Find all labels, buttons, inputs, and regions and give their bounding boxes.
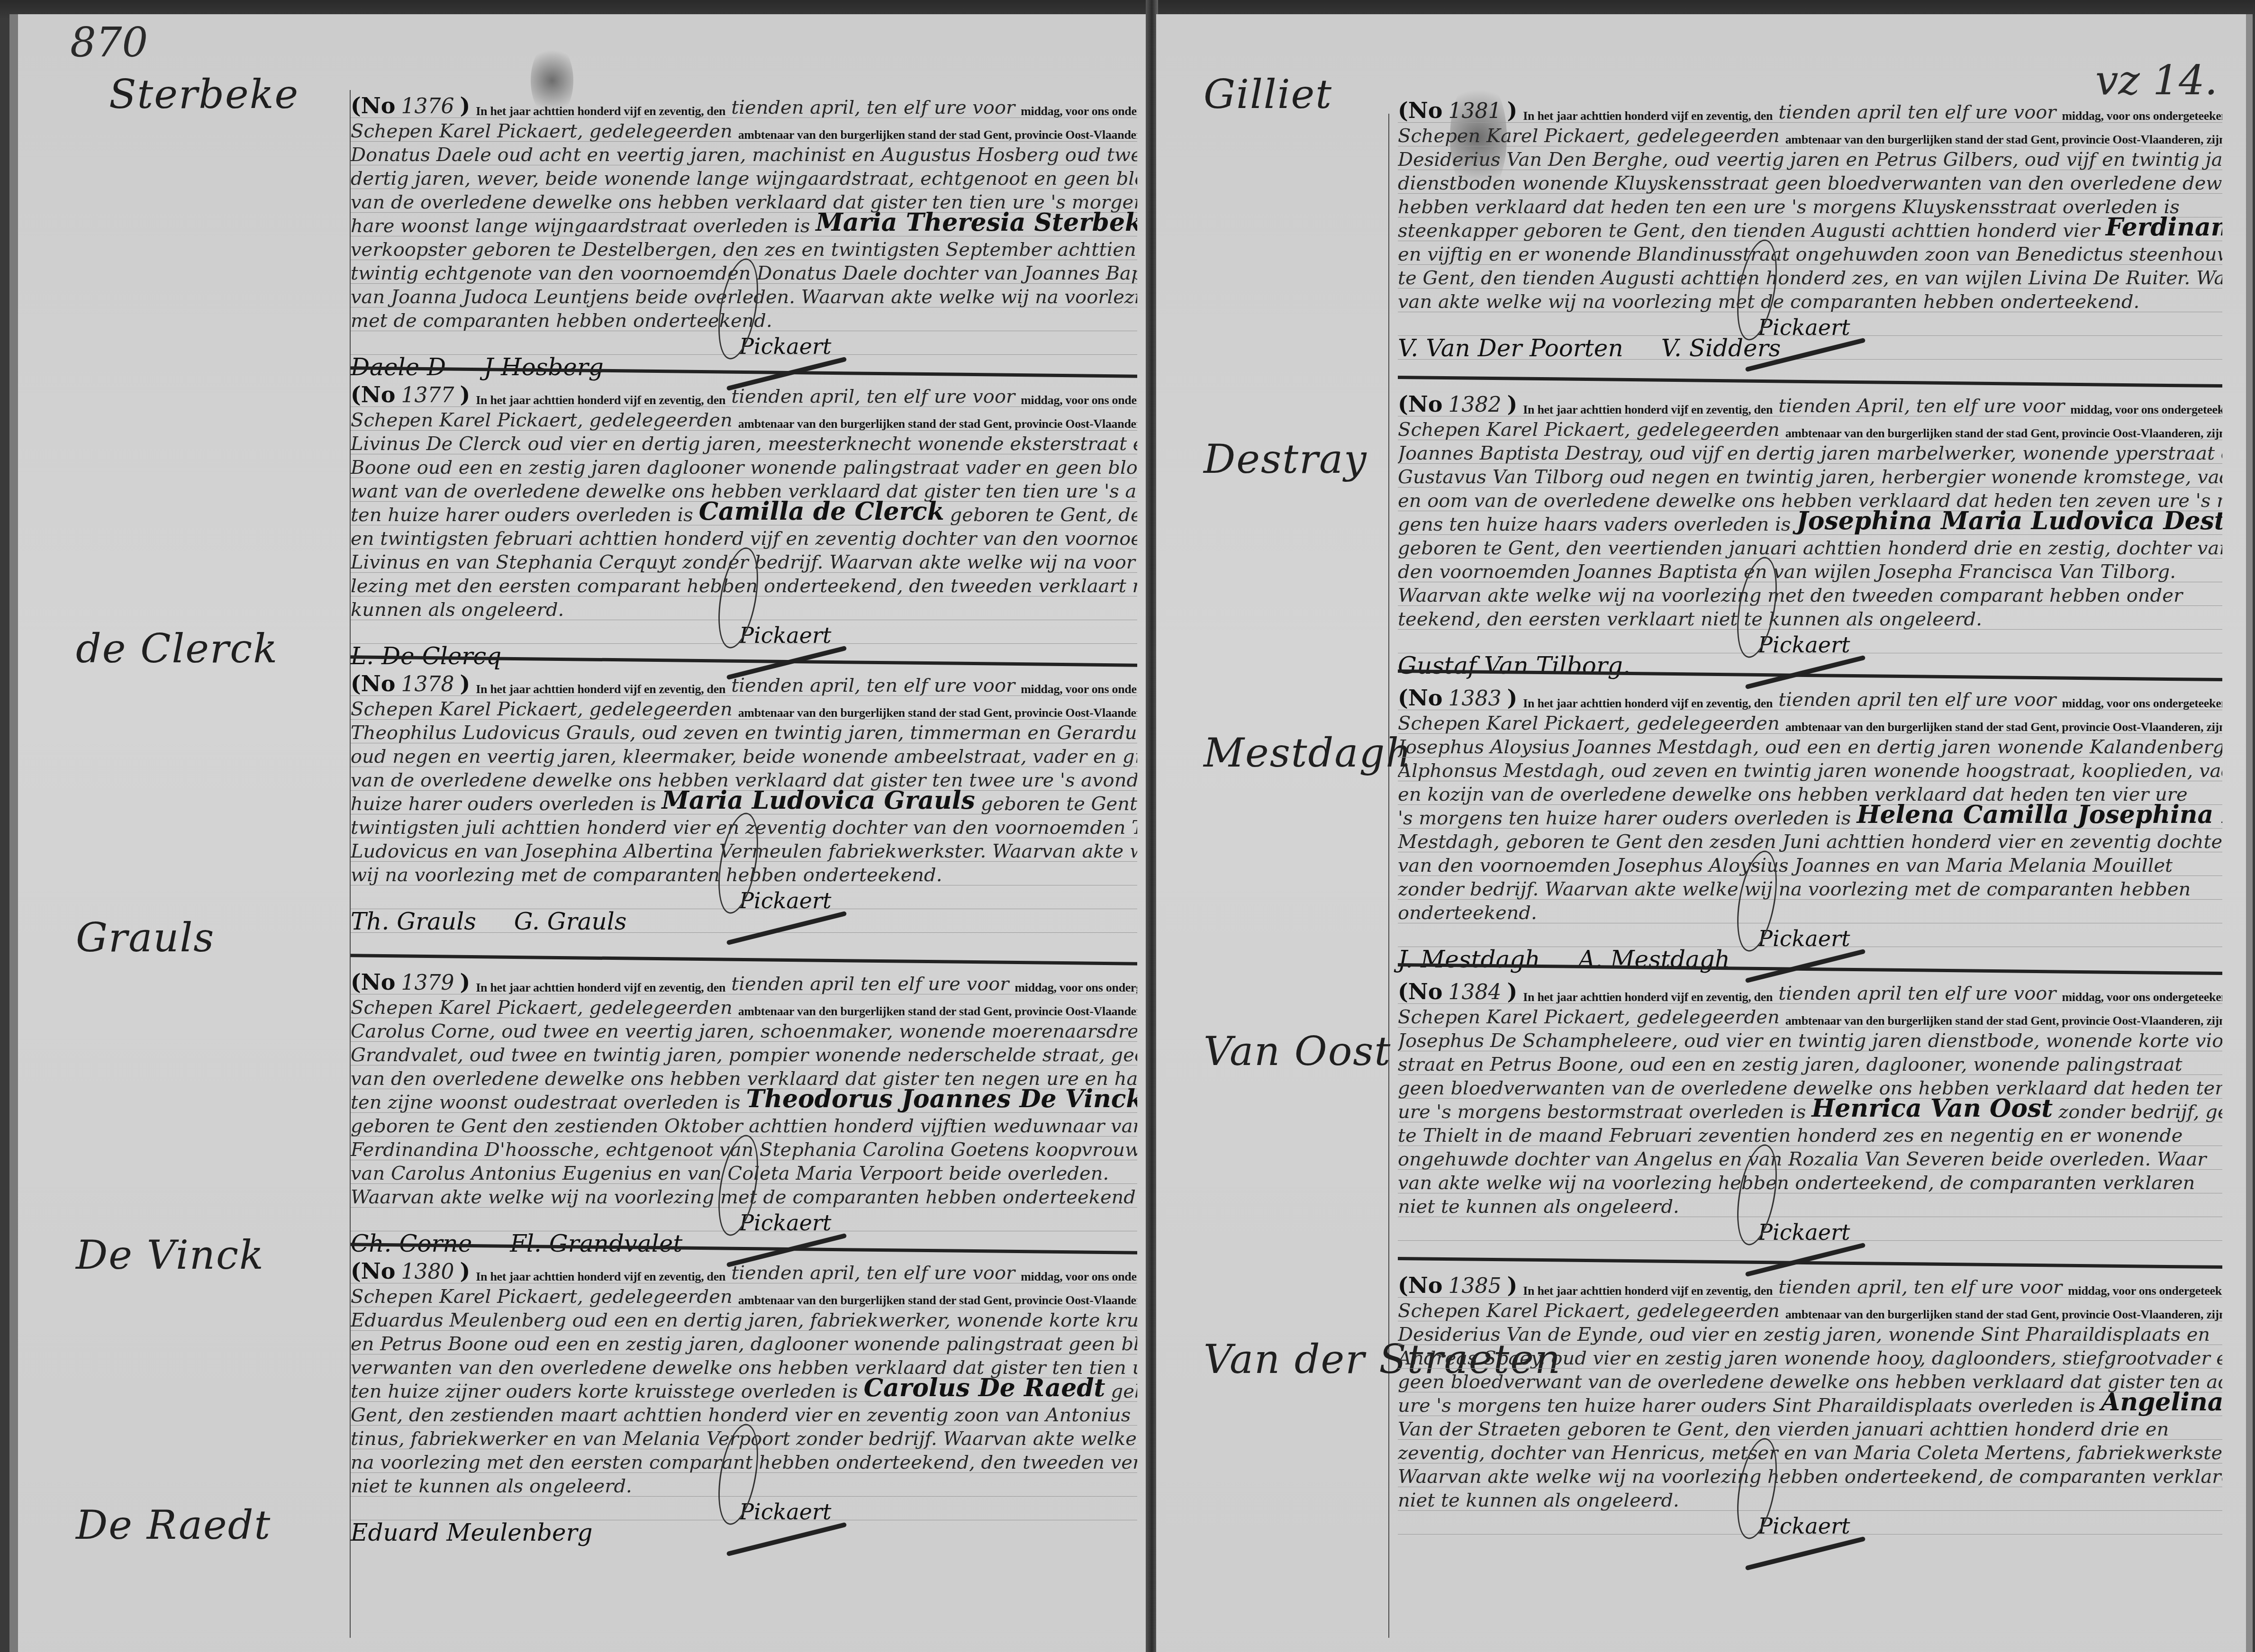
official-signature: Pickaert: [739, 1499, 831, 1525]
entry-number: 1379: [401, 971, 454, 995]
entry-text-line: Grandvalet, oud twee en twintig jaren, p…: [351, 1039, 1137, 1066]
entry-no-close: ): [460, 671, 470, 696]
entry-text-line: ongehuwde dochter van Angelus en van Roz…: [1398, 1144, 2222, 1170]
entry-text-line: Theophilus Ludovicus Grauls, oud zeven e…: [351, 717, 1137, 744]
witness-signature: Fl. Grandvalet: [510, 1230, 682, 1257]
entry-header-line: (No1383)In het jaar achttien honderd vij…: [1398, 684, 2222, 711]
entry-no-close: ): [460, 93, 470, 118]
entry-text-line: den voornoemden Joannes Baptista en van …: [1398, 556, 2222, 583]
deceased-name: Maria Ludovica Grauls: [662, 788, 975, 815]
entry-no-label: (No: [1398, 685, 1443, 711]
entry-no-close: ): [1507, 1273, 1517, 1298]
entry-text-line: geen bloedverwanten van de overledene de…: [1398, 1073, 2222, 1099]
death-record-entry: (No1377)In het jaar achttien honderd vij…: [351, 379, 1137, 663]
entry-no-label: (No: [351, 382, 396, 407]
entry-official-line: Schepen Karel Pickaert, gedelegeerdenamb…: [351, 116, 1137, 142]
handwritten-text: niet te kunnen als ongeleerd.: [1398, 1196, 1679, 1218]
entry-text-line: dertig jaren, wever, beide wonende lange…: [351, 163, 1137, 190]
entry-header-line: (No1380)In het jaar achttien honderd vij…: [351, 1257, 1137, 1284]
handwritten-text: wij na voorlezing met de comparanten heb…: [351, 864, 942, 886]
entry-text-line: ten huize harer ouders overleden isCamil…: [351, 499, 1137, 526]
handwritten-text: niet te kunnen als ongeleerd.: [351, 1475, 632, 1497]
entry-text-line: hare woonst lange wijngaardstraat overle…: [351, 210, 1137, 237]
entry-text-line: ten zijne woonst oudestraat overleden is…: [351, 1087, 1137, 1113]
death-record-entry: (No1385)In het jaar achttien honderd vij…: [1398, 1270, 2222, 1559]
entry-text-line: Desiderius Van de Eynde, oud vier en zes…: [1398, 1319, 2222, 1345]
official-signature: Pickaert: [739, 888, 831, 913]
handwritten-text: met de comparanten hebben onderteekend.: [351, 310, 772, 332]
entry-official-line: Schepen Karel Pickaert, gedelegeerdenamb…: [1398, 414, 2222, 441]
handwritten-text: kunnen als ongeleerd.: [351, 599, 564, 621]
entry-text-line: te Thielt in de maand Februari zeventien…: [1398, 1120, 2222, 1146]
entry-text-line: ure 's morgens bestormstraat overleden i…: [1398, 1096, 2222, 1123]
witness-signature: J. Mestdagh: [1398, 946, 1540, 973]
deceased-name: Camilla de Clerck: [699, 499, 944, 526]
entry-no-close: ): [1507, 979, 1517, 1004]
entry-text-line: onderteekend.: [1398, 897, 2222, 924]
entry-text-line: verkoopster geboren te Destelbergen, den…: [351, 234, 1137, 261]
entry-text-line: ten huize zijner ouders korte kruisstege…: [351, 1376, 1137, 1402]
entry-text-line: van de overledene dewelke ons hebben ver…: [351, 765, 1137, 791]
entry-number: 1376: [401, 94, 454, 118]
entry-official-line: Schepen Karel Pickaert, gedelegeerdenamb…: [351, 405, 1137, 431]
entry-text-line: want van de overledene dewelke ons hebbe…: [351, 476, 1137, 502]
entry-official-line: Schepen Karel Pickaert, gedelegeerdenamb…: [1398, 1002, 2222, 1028]
deceased-name: Theodorus Joannes De Vinck: [746, 1087, 1137, 1113]
official-signature: Pickaert: [739, 623, 831, 648]
entry-text-line: Waarvan akte welke wij na voorlezing heb…: [1398, 1461, 2222, 1488]
entry-no-label: (No: [351, 1258, 396, 1284]
official-signature: Pickaert: [1758, 315, 1850, 340]
entry-no-label: (No: [351, 671, 396, 696]
entry-text-line: Donatus Daele oud acht en veertig jaren,…: [351, 139, 1137, 166]
folio-mark-left: 870: [70, 19, 148, 66]
entry-text-line: te Gent, den tienden Augusti achttien ho…: [1398, 262, 2222, 289]
entry-no-label: (No: [1398, 979, 1443, 1004]
entry-number: 1384: [1449, 980, 1502, 1004]
entry-text-line: en Petrus Boone oud een en zestig jaren,…: [351, 1328, 1137, 1355]
death-record-entry: (No1376)In het jaar achttien honderd vij…: [351, 90, 1137, 374]
official-signature: Pickaert: [1758, 1219, 1850, 1245]
entry-header-line: (No1377)In het jaar achttien honderd vij…: [351, 381, 1137, 407]
entry-text-line: Joannes Baptista Destray, oud vijf en de…: [1398, 438, 2222, 464]
entry-no-label: (No: [351, 969, 396, 995]
deceased-name: Angelina: [2101, 1390, 2222, 1417]
entry-official-line: Schepen Karel Pickaert, gedelegeerdenamb…: [351, 992, 1137, 1019]
handwritten-text: teekend, den eersten verklaart niet te k…: [1398, 608, 1982, 630]
entry-text-line: ure 's morgens ten huize harer ouders Si…: [1398, 1390, 2222, 1417]
entry-text-line: Gent, den zestienden maart achttien hond…: [351, 1399, 1137, 1426]
death-record-entry: (No1383)In het jaar achttien honderd vij…: [1398, 682, 2222, 971]
entry-number: 1380: [401, 1260, 454, 1284]
entry-text-line: hebben verklaard dat heden ten een ure '…: [1398, 191, 2222, 218]
margin-surname: De Vinck: [76, 1232, 264, 1278]
entry-header-line: (No1382)In het jaar achttien honderd vij…: [1398, 390, 2222, 417]
entry-text-line: Alphonsus Mestdagh, oud zeven en twintig…: [1398, 755, 2222, 782]
margin-surname: Grauls: [76, 914, 215, 961]
entry-text-line: van den overledene dewelke ons hebben ve…: [351, 1063, 1137, 1090]
entry-number: 1385: [1449, 1274, 1502, 1298]
deceased-name: Maria Theresia Sterbeke: [815, 210, 1137, 237]
witness-signature: Eduard Meulenberg: [351, 1519, 593, 1546]
entry-number: 1383: [1449, 686, 1502, 711]
entry-text-line: Waarvan akte welke wij na voorlezing met…: [1398, 580, 2222, 606]
death-record-entry: (No1384)In het jaar achttien honderd vij…: [1398, 976, 2222, 1265]
margin-column-rule: [1388, 114, 1389, 1638]
entry-no-label: (No: [1398, 1273, 1443, 1298]
entry-header-line: (No1378)In het jaar achttien honderd vij…: [351, 670, 1137, 696]
entry-header-line: (No1381)In het jaar achttien honderd vij…: [1398, 97, 2222, 123]
death-record-entry: (No1380)In het jaar achttien honderd vij…: [351, 1255, 1137, 1540]
deceased-name: Josephina Maria Ludovica Destray: [1796, 509, 2222, 535]
entry-header-line: (No1379)In het jaar achttien honderd vij…: [351, 968, 1137, 995]
official-signature: Pickaert: [1758, 632, 1850, 658]
entry-text-line: van den voornoemden Josephus Aloysius Jo…: [1398, 850, 2222, 876]
deceased-name: Henrica Van Oost: [1811, 1096, 2053, 1123]
entry-text-line: geboren te Gent den zestienden Oktober a…: [351, 1110, 1137, 1137]
entry-text-line: verwanten van den overledene dewelke ons…: [351, 1352, 1137, 1379]
entry-number: 1381: [1449, 99, 1502, 123]
entry-text-line: geboren te Gent, den veertienden januari…: [1398, 533, 2222, 559]
entry-text-line: Josephus Aloysius Joannes Mestdagh, oud …: [1398, 731, 2222, 758]
entry-text-line: gens ten huize haars vaders overleden is…: [1398, 509, 2222, 535]
death-record-entry: (No1379)In het jaar achttien honderd vij…: [351, 966, 1137, 1251]
entry-text-line: Desiderius Van Den Berghe, oud veertig j…: [1398, 144, 2222, 171]
entry-text-line: Mestdagh, geboren te Gent den zesden Jun…: [1398, 826, 2222, 853]
entry-no-close: ): [460, 969, 470, 995]
entry-number: 1382: [1449, 393, 1502, 417]
witness-signature: V. Van Der Poorten: [1398, 334, 1623, 362]
entry-official-line: Schepen Karel Pickaert, gedelegeerdenamb…: [1398, 120, 2222, 147]
entry-text-line: 's morgens ten huize harer ouders overle…: [1398, 803, 2222, 829]
entry-no-label: (No: [1398, 391, 1443, 417]
entry-no-close: ): [1507, 685, 1517, 711]
witness-signature: Gustaf Van Tilborg.: [1398, 652, 1630, 679]
entry-official-line: Schepen Karel Pickaert, gedelegeerdenamb…: [1398, 708, 2222, 734]
margin-surname: Gilliet: [1204, 71, 1332, 117]
entry-no-close: ): [460, 1258, 470, 1284]
margin-surname: Mestdagh: [1204, 730, 1412, 776]
deceased-name: Helena Camilla Josephina Maria: [1857, 803, 2222, 829]
entry-text-line: dienstboden wonende Kluyskensstraat geen…: [1398, 168, 2222, 194]
entry-text-line: Josephus De Schampheleere, oud vier en t…: [1398, 1025, 2222, 1052]
entry-header-line: (No1384)In het jaar achttien honderd vij…: [1398, 978, 2222, 1004]
margin-surname: Sterbeke: [109, 71, 299, 117]
entry-text-line: Livinus De Clerck oud vier en dertig jar…: [351, 428, 1137, 455]
entry-no-label: (No: [351, 93, 396, 118]
entry-text-line: van de overledene dewelke ons hebben ver…: [351, 187, 1137, 213]
entry-number: 1377: [401, 383, 454, 407]
entry-text-line: straat en Petrus Boone, oud een en zesti…: [1398, 1049, 2222, 1075]
handwritten-text: onderteekend.: [1398, 902, 1537, 924]
entry-text-line: van akte welke wij na voorlezing hebben …: [1398, 1167, 2222, 1194]
entry-text-line: Boone oud een en zestig jaren daglooner …: [351, 452, 1137, 478]
death-record-entry: (No1378)In het jaar achttien honderd vij…: [351, 668, 1137, 952]
entry-text-line: Van der Straeten geboren te Gent, den vi…: [1398, 1414, 2222, 1440]
entry-text-line: geen bloedverwant van de overledene dewe…: [1398, 1366, 2222, 1393]
entry-no-close: ): [1507, 391, 1517, 417]
entry-official-line: Schepen Karel Pickaert, gedelegeerdenamb…: [1398, 1295, 2222, 1322]
death-record-entry: (No1381)In het jaar achttien honderd vij…: [1398, 95, 2222, 384]
entry-header-line: (No1376)In het jaar achttien honderd vij…: [351, 92, 1137, 118]
entry-text-line: niet te kunnen als ongeleerd.: [1398, 1485, 2222, 1511]
death-record-entry: (No1382)In het jaar achttien honderd vij…: [1398, 388, 2222, 677]
entry-text-line: teekend, den eersten verklaart niet te k…: [1398, 604, 2222, 630]
entry-text-line: Andreas Spaey, oud vier en zestig jaren …: [1398, 1343, 2222, 1369]
entry-text-line: en vijftig en er wonende Blandinusstraat…: [1398, 239, 2222, 265]
entry-text-line: steenkapper geboren te Gent, den tienden…: [1398, 215, 2222, 242]
entry-no-close: ): [460, 382, 470, 407]
entry-text-line: en kozijn van de overledene dewelke ons …: [1398, 779, 2222, 805]
entry-text-line: Gustavus Van Tilborg oud negen en twinti…: [1398, 461, 2222, 488]
entry-official-line: Schepen Karel Pickaert, gedelegeerdenamb…: [351, 694, 1137, 720]
deceased-name: Carolus De Raedt: [864, 1376, 1105, 1402]
entry-official-line: Schepen Karel Pickaert, gedelegeerdenamb…: [351, 1281, 1137, 1308]
official-signature: Pickaert: [1758, 926, 1850, 951]
official-signature: Pickaert: [1758, 1513, 1850, 1539]
margin-surname: Destray: [1204, 436, 1367, 482]
entry-text-line: zeventig, dochter van Henricus, metser e…: [1398, 1437, 2222, 1464]
entry-text-line: van akte welke wij na voorlezing met de …: [1398, 286, 2222, 313]
margin-surname: De Raedt: [76, 1502, 271, 1548]
entry-text-line: Eduardus Meulenberg oud een en dertig ja…: [351, 1305, 1137, 1331]
margin-surname: de Clerck: [76, 625, 278, 672]
official-signature: Pickaert: [739, 1210, 831, 1236]
entry-number: 1378: [401, 672, 454, 696]
entry-text-line: Carolus Corne, oud twee en veertig jaren…: [351, 1016, 1137, 1042]
entry-no-label: (No: [1398, 98, 1443, 123]
entry-text-line: niet te kunnen als ongeleerd.: [1398, 1191, 2222, 1218]
entry-text-line: en oom van de overledene dewelke ons heb…: [1398, 485, 2222, 512]
witness-signature: Th. Grauls: [351, 908, 476, 935]
entry-text-line: huize harer ouders overleden isMaria Lud…: [351, 788, 1137, 815]
entry-no-close: ): [1507, 98, 1517, 123]
entry-text-line: zonder bedrijf. Waarvan akte welke wij n…: [1398, 874, 2222, 900]
witness-signature: J Hosberg: [484, 353, 604, 381]
witness-signature: G. Grauls: [514, 908, 626, 935]
official-signature: Pickaert: [739, 334, 831, 359]
handwritten-text: niet te kunnen als ongeleerd.: [1398, 1490, 1679, 1511]
margin-surname: Van Oost: [1204, 1028, 1391, 1074]
entry-header-line: (No1385)In het jaar achttien honderd vij…: [1398, 1272, 2222, 1298]
entry-text-line: oud negen en veertig jaren, kleermaker, …: [351, 741, 1137, 767]
deceased-name: Ferdinandus Eugenius Gilliet: [2106, 215, 2222, 242]
entry-text-line: en twintigsten februari achttien honderd…: [351, 523, 1137, 550]
